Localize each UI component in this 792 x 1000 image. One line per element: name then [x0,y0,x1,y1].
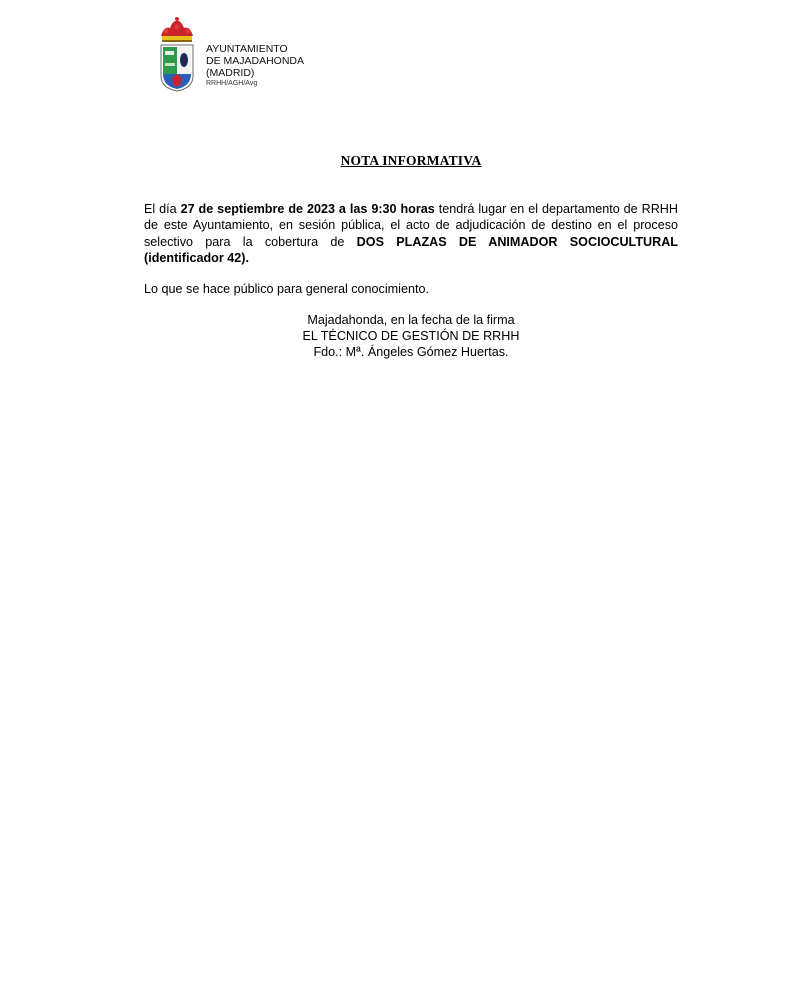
body-segment: El día [144,202,181,216]
organization-name: AYUNTAMIENTO DE MAJADAHONDA (MADRID) RRH… [206,43,304,89]
document-title: NOTA INFORMATIVA [0,153,792,169]
org-line-3: (MADRID) [206,67,304,79]
org-line-1: AYUNTAMIENTO [206,43,304,55]
letterhead: AYUNTAMIENTO DE MAJADAHONDA (MADRID) RRH… [158,16,358,96]
signature-place-date: Majadahonda, en la fecha de la firma [280,312,542,328]
body-date-time: 27 de septiembre de 2023 a las 9:30 hora… [181,202,435,216]
reference-code: RRHH/AGH/Avg [206,79,304,89]
signature-role: EL TÉCNICO DE GESTIÓN DE RRHH [280,328,542,344]
signature-name: Fdo.: Mª. Ángeles Gómez Huertas. [280,344,542,360]
coat-of-arms-icon [158,16,196,92]
body-paragraph: El día 27 de septiembre de 2023 a las 9:… [144,201,678,266]
signature-block: Majadahonda, en la fecha de la firma EL … [280,312,542,360]
closing-statement: Lo que se hace público para general cono… [144,281,429,297]
org-line-2: DE MAJADAHONDA [206,55,304,67]
